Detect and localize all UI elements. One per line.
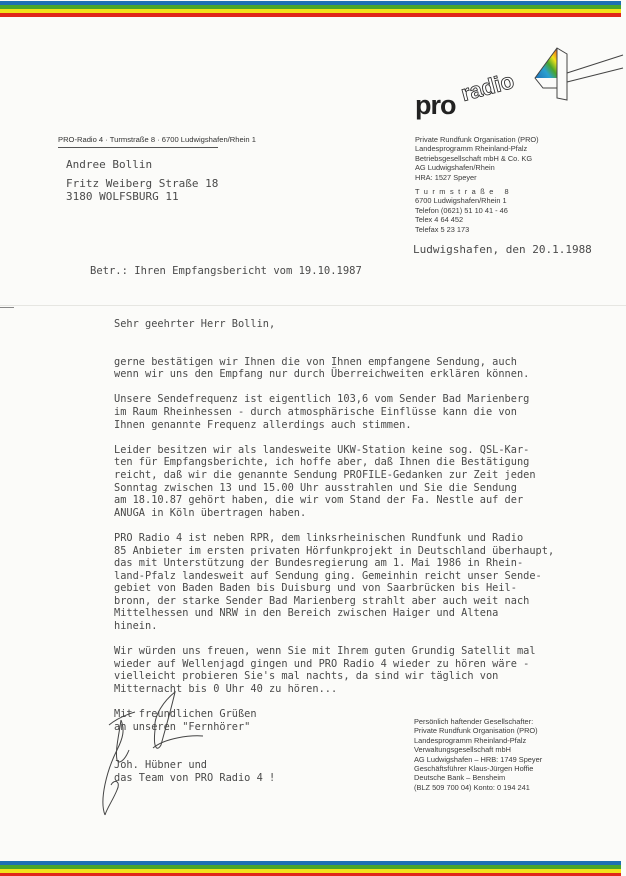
org-telex: Telex 4 64 452 (415, 215, 539, 224)
letter-date: Ludwigshafen, den 20.1.1988 (413, 243, 592, 256)
org-line: Betriebsgesellschaft mbH & Co. KG (415, 154, 539, 163)
org-line: Private Rundfunk Organisation (PRO) (415, 135, 539, 144)
footer-line: Verwaltungsgesellschaft mbH (414, 745, 542, 754)
org-telefax: Telefax 5 23 173 (415, 225, 539, 234)
footer-line: Private Rundfunk Organisation (PRO) (414, 726, 542, 735)
org-phone: Telefon (0621) 51 10 41 - 46 (415, 206, 539, 215)
recipient-street: Fritz Weiberg Straße 18 (66, 177, 218, 190)
paragraph-invitation: Wir würden uns freuen, wenn Sie mit Ihre… (114, 645, 614, 695)
org-street: Turmstraße 8 (415, 187, 539, 196)
top-rainbow-stripes (0, 1, 621, 17)
footer-line: Landesprogramm Rheinland-Pfalz (414, 736, 542, 745)
logo-numeral-4-icon (533, 40, 626, 110)
bottom-rainbow-stripes (0, 861, 621, 876)
recipient-name: Andree Bollin (66, 158, 218, 171)
paragraph-qsl: Leider besitzen wir als landesweite UKW-… (114, 444, 614, 520)
footer-line: AG Ludwigshafen – HRB: 1749 Speyer (414, 755, 542, 764)
salutation: Sehr geehrter Herr Bollin, (114, 318, 614, 331)
org-line: HRA: 1527 Speyer (415, 173, 539, 182)
sender-return-address: PRO-Radio 4 · Turmstraße 8 · 6700 Ludwig… (58, 135, 218, 148)
footer-line: Geschäftsführer Klaus-Jürgen Hoffie (414, 764, 542, 773)
logo-text-radio: radio (458, 68, 517, 107)
logo-text-pro: pro (415, 90, 456, 121)
org-line: Landesprogramm Rheinland-Pfalz (415, 144, 539, 153)
recipient-address: Andree Bollin Fritz Weiberg Straße 18 31… (66, 158, 218, 203)
paragraph-about-station: PRO Radio 4 ist neben RPR, dem linksrhei… (114, 532, 614, 633)
pro-radio-4-logo: pro radio (405, 48, 626, 128)
footer-legal-info: Persönlich haftender Gesellschafter: Pri… (414, 717, 542, 792)
paragraph-confirmation: gerne bestätigen wir Ihnen die von Ihnen… (114, 356, 614, 381)
organization-info: Private Rundfunk Organisation (PRO) Land… (415, 135, 539, 234)
footer-line: (BLZ 509 700 04) Konto: 0 194 241 (414, 783, 542, 792)
fold-mark (0, 307, 14, 308)
letter-subject: Betr.: Ihren Empfangsbericht vom 19.10.1… (90, 265, 362, 277)
stripe-red (0, 13, 621, 17)
recipient-city: 3180 WOLFSBURG 11 (66, 190, 218, 203)
footer-line: Deutsche Bank – Bensheim (414, 773, 542, 782)
footer-line: Persönlich haftender Gesellschafter: (414, 717, 542, 726)
org-line: AG Ludwigshafen/Rhein (415, 163, 539, 172)
paragraph-frequency: Unsere Sendefrequenz ist eigentlich 103,… (114, 393, 614, 431)
org-contact-line: 6700 Ludwigshafen/Rhein 1 (415, 196, 539, 205)
page-fold-divider (0, 305, 626, 306)
handwritten-signature-icon (95, 690, 205, 820)
